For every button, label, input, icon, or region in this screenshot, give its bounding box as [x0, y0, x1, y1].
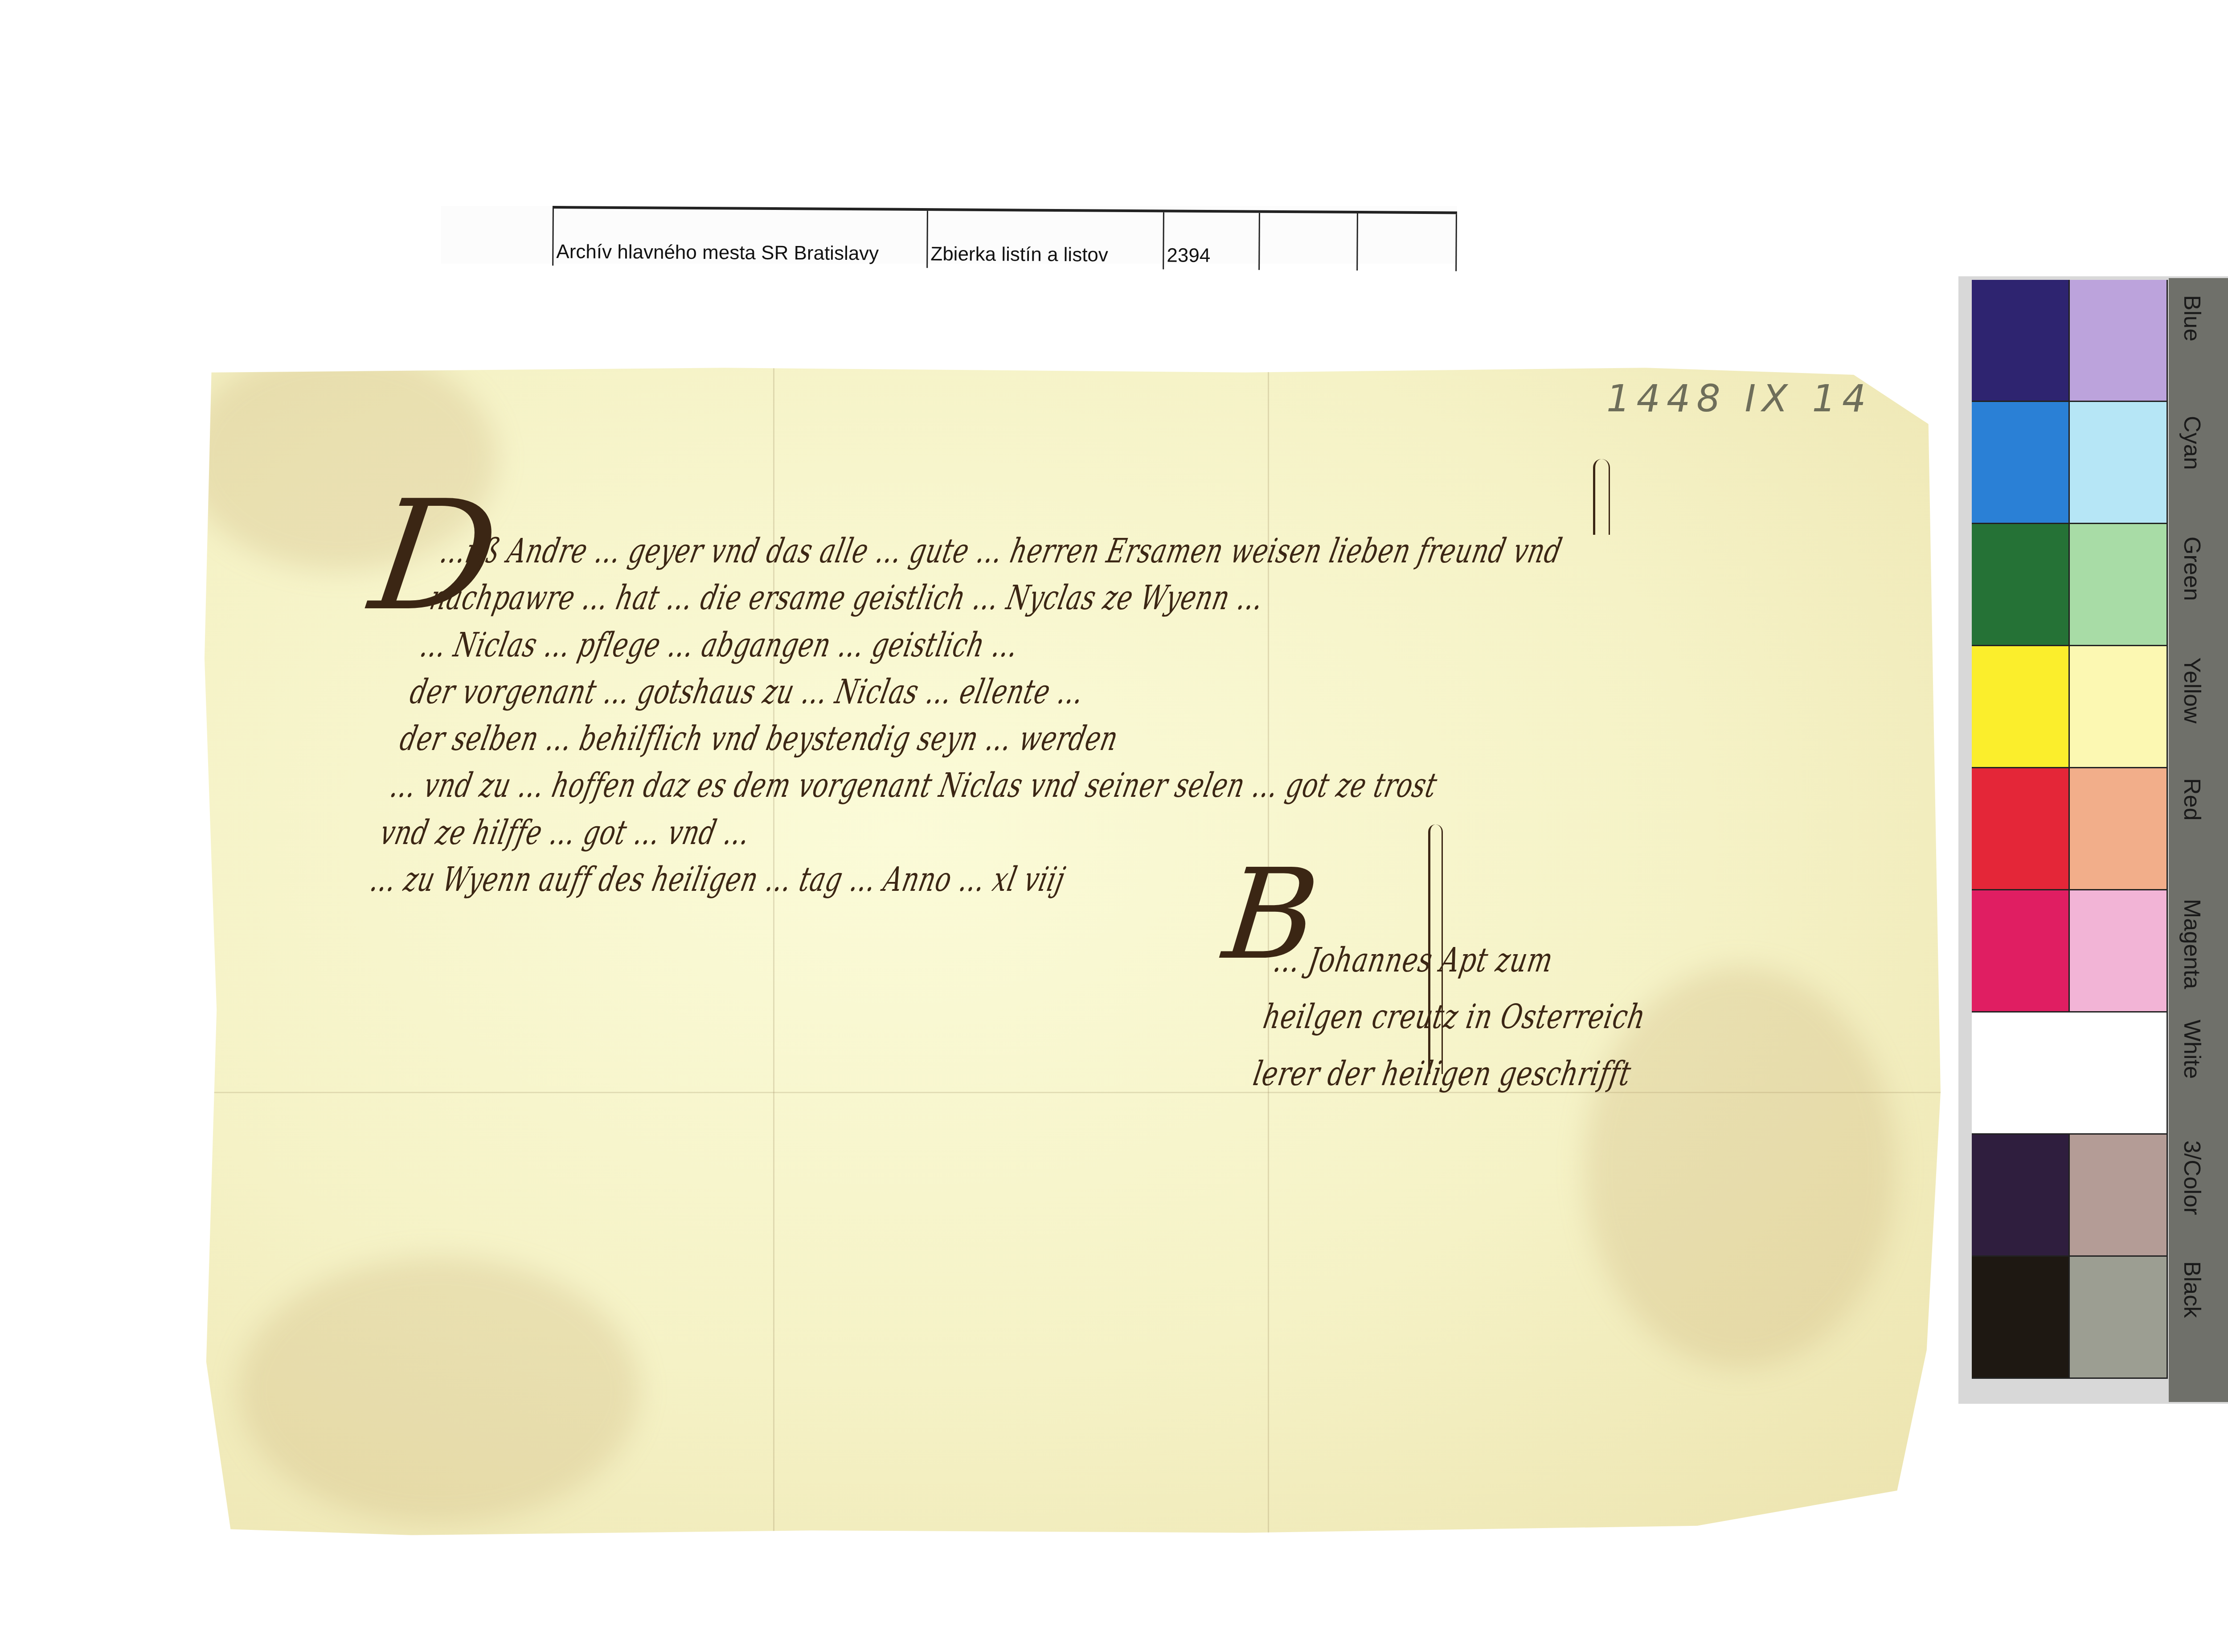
patch-row-cyan [1972, 402, 2168, 524]
patch-label: Red [2179, 778, 2205, 820]
text-line: … Niclas … pflege … abgangen … geistlich… [416, 622, 1546, 669]
patch-dark [1972, 1257, 2070, 1377]
patch-row-3-color [1972, 1135, 2168, 1257]
patch-row-black [1972, 1257, 2168, 1379]
collection-name-cell: Zbierka listín a listov [926, 211, 1163, 269]
signature-line: lerer der heiligen geschrifft [1249, 1045, 1640, 1102]
card-title: Kodak Color Control Patches [2222, 303, 2228, 887]
patch-light [2070, 768, 2168, 889]
text-line: der selben … behilflich vnd beystendig s… [396, 716, 1526, 762]
ascender-stroke [1593, 459, 1610, 535]
patch-row-blue [1972, 280, 2168, 402]
patch-light [2070, 646, 2168, 767]
patch-light [2070, 1257, 2168, 1377]
text-line: vnd ze hilffe … got … vnd … [376, 810, 1506, 857]
signature-line: … Johannes Apt zum [1269, 931, 1660, 988]
patch-label: 3/Color [2179, 1140, 2205, 1215]
color-patch-grid [1972, 280, 2168, 1379]
text-line: …nß Andre … geyer vnd das alle … gute … … [436, 528, 1566, 575]
patch-dark [1972, 280, 2070, 401]
patch-label: Blue [2179, 295, 2205, 341]
patch-label: Black [2179, 1261, 2205, 1318]
patch-dark [1972, 768, 2070, 889]
patch-dark [1972, 646, 2070, 767]
patch-light [2070, 402, 2168, 523]
brand-name: Kodak [2223, 303, 2228, 439]
patch-dark [1972, 524, 2070, 645]
patch-label: Magenta [2179, 899, 2205, 989]
stain [238, 1257, 639, 1524]
patch-dark [1972, 402, 2070, 523]
text-line: der vorgenant … gotshaus zu … Niclas … e… [405, 669, 1536, 716]
patch-white [1972, 1013, 2168, 1133]
kodak-color-card: Kodak Color Control Patches cm inches © … [1958, 276, 2228, 1404]
patch-label: Cyan [2179, 416, 2205, 470]
patch-light [2070, 524, 2168, 645]
empty-cell [1356, 213, 1457, 271]
patch-light [2070, 890, 2168, 1011]
card-subtitle: Color Control Patches [2223, 451, 2228, 887]
archive-name-cell: Archív hlavného mesta SR Bratislavy [552, 209, 927, 268]
patch-row-white [1972, 1013, 2168, 1135]
patch-row-green [1972, 524, 2168, 646]
signature-block: … Johannes Apt zum heilgen creutz in Ost… [1249, 931, 1660, 1102]
gray-label-bar: Kodak Color Control Patches cm inches © … [2169, 278, 2228, 1402]
item-number-cell: 2394 [1163, 212, 1259, 270]
patch-label: Yellow [2179, 657, 2205, 723]
date-annotation: 1448 IX 14 [1606, 377, 1872, 420]
text-line: … vnd zu … hoffen daz es dem vorgenant N… [386, 763, 1516, 810]
patch-label: Green [2179, 537, 2205, 601]
empty-cell [1258, 213, 1357, 271]
patch-row-red [1972, 768, 2168, 890]
text-line: … zu Wyenn auff des heiligen … tag … Ann… [366, 857, 1496, 903]
signature-line: heilgen creutz in Osterreich [1259, 988, 1650, 1045]
letter-body: …nß Andre … geyer vnd das alle … gute … … [366, 528, 1566, 903]
patch-row-yellow [1972, 646, 2168, 768]
patch-light [2070, 280, 2168, 401]
archive-label-table: Archív hlavného mesta SR Bratislavy Zbie… [552, 206, 1457, 272]
patch-row-magenta [1972, 890, 2168, 1013]
patch-light [2070, 1135, 2168, 1255]
patch-label: White [2179, 1020, 2205, 1079]
patch-dark [1972, 890, 2070, 1011]
patch-dark [1972, 1135, 2070, 1255]
text-line: nachpawre … hat … die ersame geistlich …… [426, 575, 1556, 622]
